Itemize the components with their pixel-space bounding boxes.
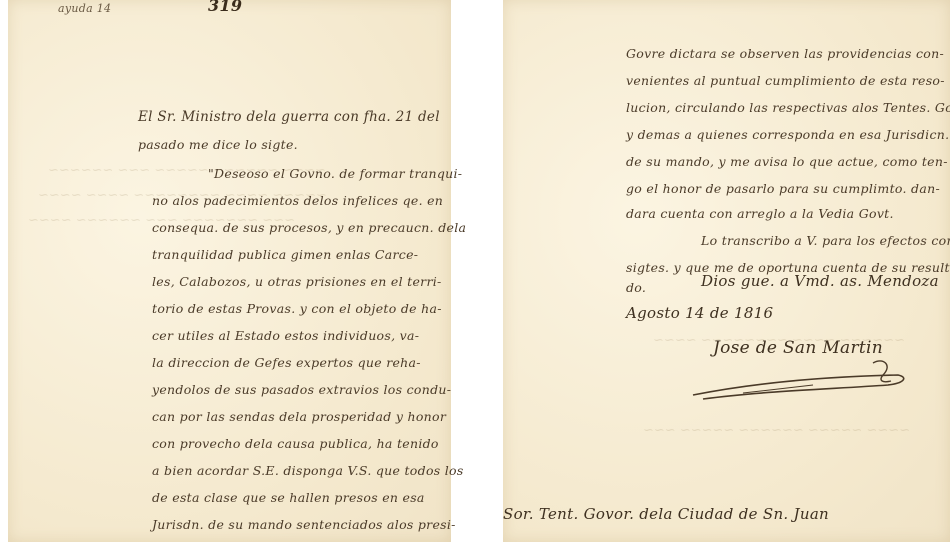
signature-rubric: [683, 355, 933, 415]
folio-number: 319: [208, 0, 242, 15]
body-line: tranquilidad publica gimen enlas Carce-: [152, 241, 418, 268]
body-line: Lo transcribo a V. para los efectos con-: [701, 227, 950, 254]
body-line: de esta clase que se hallen presos en es…: [152, 484, 425, 511]
body-line: con provecho dela causa publica, ha teni…: [152, 430, 439, 457]
heading-line: pasado me dice lo sigte.: [138, 131, 298, 158]
letter-date: Agosto 14 de 1816: [626, 304, 773, 322]
body-line: de su mando, y me avisa lo que actue, co…: [626, 148, 948, 175]
body-line: les, Calabozos, u otras prisiones en el …: [152, 268, 442, 295]
body-line: consequa. de sus procesos, y en precaucn…: [152, 214, 466, 241]
bleed-through-text: ~~~~ ~~~~~ ~~~~~~ ~~~~~ ~~~: [643, 420, 910, 442]
body-line: cer utiles al Estado estos individuos, v…: [152, 322, 419, 349]
body-line: do.: [626, 274, 646, 301]
right-manuscript-page: ~~~~~~ ~~~~ ~~~~~~~~ ~~~~ ~~~~ ~~~~~ ~~~…: [503, 0, 950, 542]
body-line: Govre dictara se observen las providenci…: [626, 40, 944, 67]
body-line: no alos padecimientos delos infelices qe…: [152, 187, 443, 214]
body-line: a bien acordar S.E. disponga V.S. que to…: [152, 457, 464, 484]
body-line: yendolos de sus pasados extravios los co…: [152, 376, 451, 403]
body-line: y demas a quienes corresponda en esa Jur…: [626, 121, 949, 148]
body-line: venientes al puntual cumplimiento de est…: [626, 67, 945, 94]
closing-line: Dios gue. a Vmd. as. Mendoza: [701, 272, 939, 290]
addressee-line: Sor. Tent. Govor. dela Ciudad de Sn. Jua…: [503, 505, 829, 523]
body-line: go el honor de pasarlo para su cumplimto…: [626, 175, 940, 202]
body-line: dara cuenta con arreglo a la Vedia Govt.: [626, 200, 894, 227]
body-line: la direccion de Gefes expertos que reha-: [152, 349, 421, 376]
body-line: torio de estas Provas. y con el objeto d…: [152, 295, 442, 322]
body-line: lucion, circulando las respectivas alos …: [626, 94, 950, 121]
body-line: "Deseoso el Govno. de formar tranqui-: [208, 160, 462, 187]
body-line: can por las sendas dela prosperidad y ho…: [152, 403, 446, 430]
corner-note: ayuda 14: [58, 2, 111, 15]
heading-line: El Sr. Ministro dela guerra con fha. 21 …: [138, 104, 440, 131]
left-manuscript-page: ~~~~ ~~~~~~ ~~~~~ ~~~ ~~~~~~ ~~~~~ ~~~~ …: [8, 0, 451, 542]
body-line: Jurisdn. de su mando sentenciados alos p…: [152, 511, 456, 538]
